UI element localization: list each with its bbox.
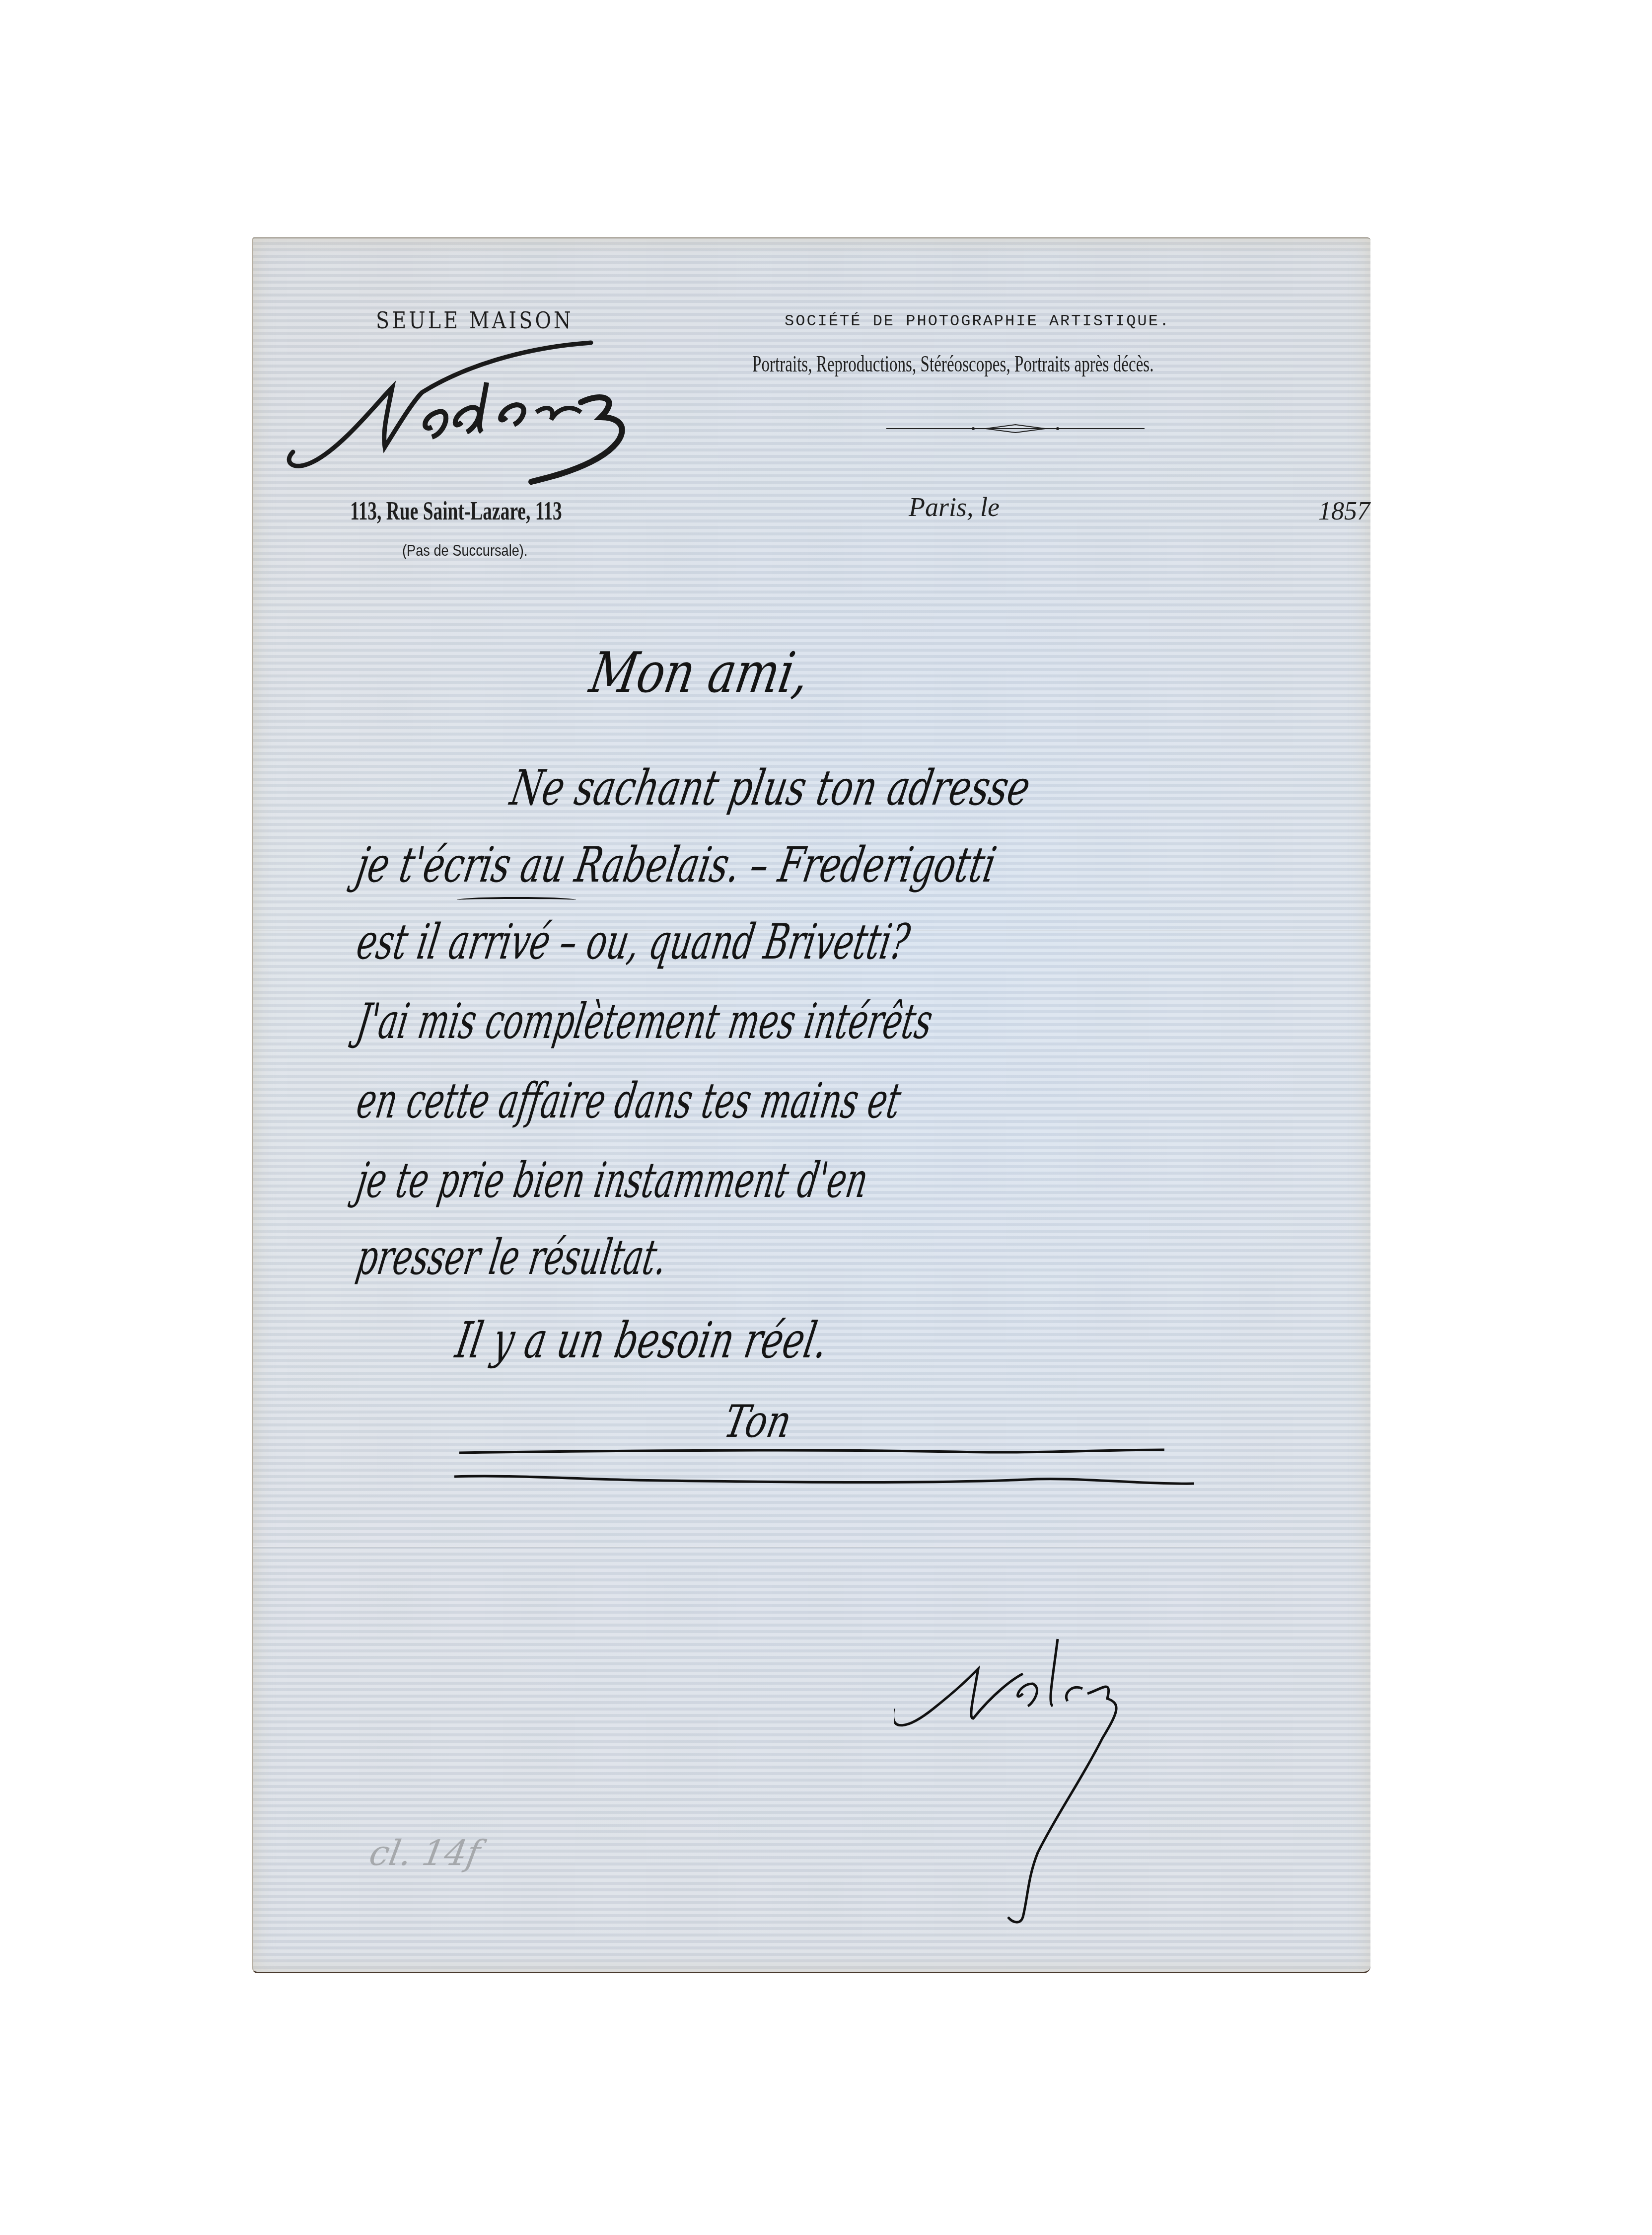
society-name: SOCIÉTÉ DE PHOTOGRAPHIE ARTISTIQUE. bbox=[785, 312, 1170, 330]
emphasis-line: Il y a un besoin réel. bbox=[451, 1311, 832, 1369]
address: 113, Rue Saint-Lazare, 113 bbox=[350, 497, 562, 526]
letter-sheet: SEULE MAISON 113, Rue Saint-Lazare, 113 … bbox=[252, 237, 1370, 1973]
nadar-logo-signature-icon bbox=[273, 313, 710, 492]
letter-line: en cette affaire dans tes mains et bbox=[353, 1073, 905, 1129]
nadar-handwritten-signature-icon bbox=[894, 1619, 1241, 1927]
emphasis-underline-lower bbox=[454, 1474, 1194, 1487]
emphasis-underline-upper bbox=[459, 1448, 1164, 1455]
letter-line: je te prie bien instamment d'en bbox=[353, 1152, 872, 1209]
letter-line: presser le résultat. bbox=[353, 1229, 671, 1286]
letter-line: est il arrivé – ou, quand Brivetti? bbox=[353, 914, 914, 970]
pencil-catalog-note: cl. 14f bbox=[366, 1833, 484, 1873]
closing: Ton bbox=[720, 1396, 796, 1448]
branch-note: (Pas de Succursale). bbox=[402, 541, 527, 560]
year: 1857 bbox=[1318, 497, 1370, 526]
letter-line: J'ai mis complètement mes intérêts bbox=[353, 993, 936, 1050]
place-date-label: Paris, le bbox=[909, 492, 1000, 522]
letter-line: je t'écris au Rabelais. – Frederigotti bbox=[353, 837, 1001, 894]
services-line: Portraits, Reproductions, Stéréoscopes, … bbox=[752, 351, 1154, 377]
rabelais-underline bbox=[457, 897, 576, 903]
ornament-divider-icon bbox=[886, 424, 1145, 434]
fold-crease-lower bbox=[253, 1546, 1370, 1548]
salutation: Mon ami, bbox=[585, 641, 814, 705]
letter-line: Ne sachant plus ton adresse bbox=[506, 760, 1034, 817]
